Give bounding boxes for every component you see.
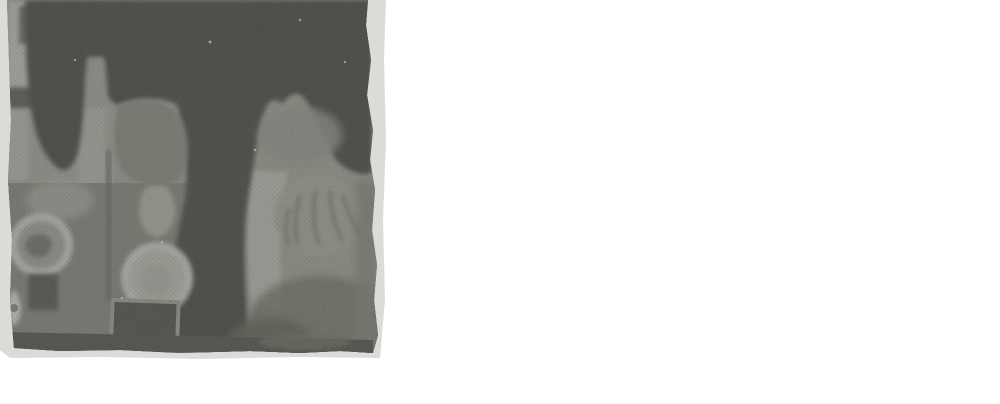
halftone-photo-canvas <box>0 0 388 362</box>
grain-light-overlay <box>0 0 388 362</box>
scanned-newspaper-photo <box>0 0 388 362</box>
page-background <box>0 0 1000 404</box>
